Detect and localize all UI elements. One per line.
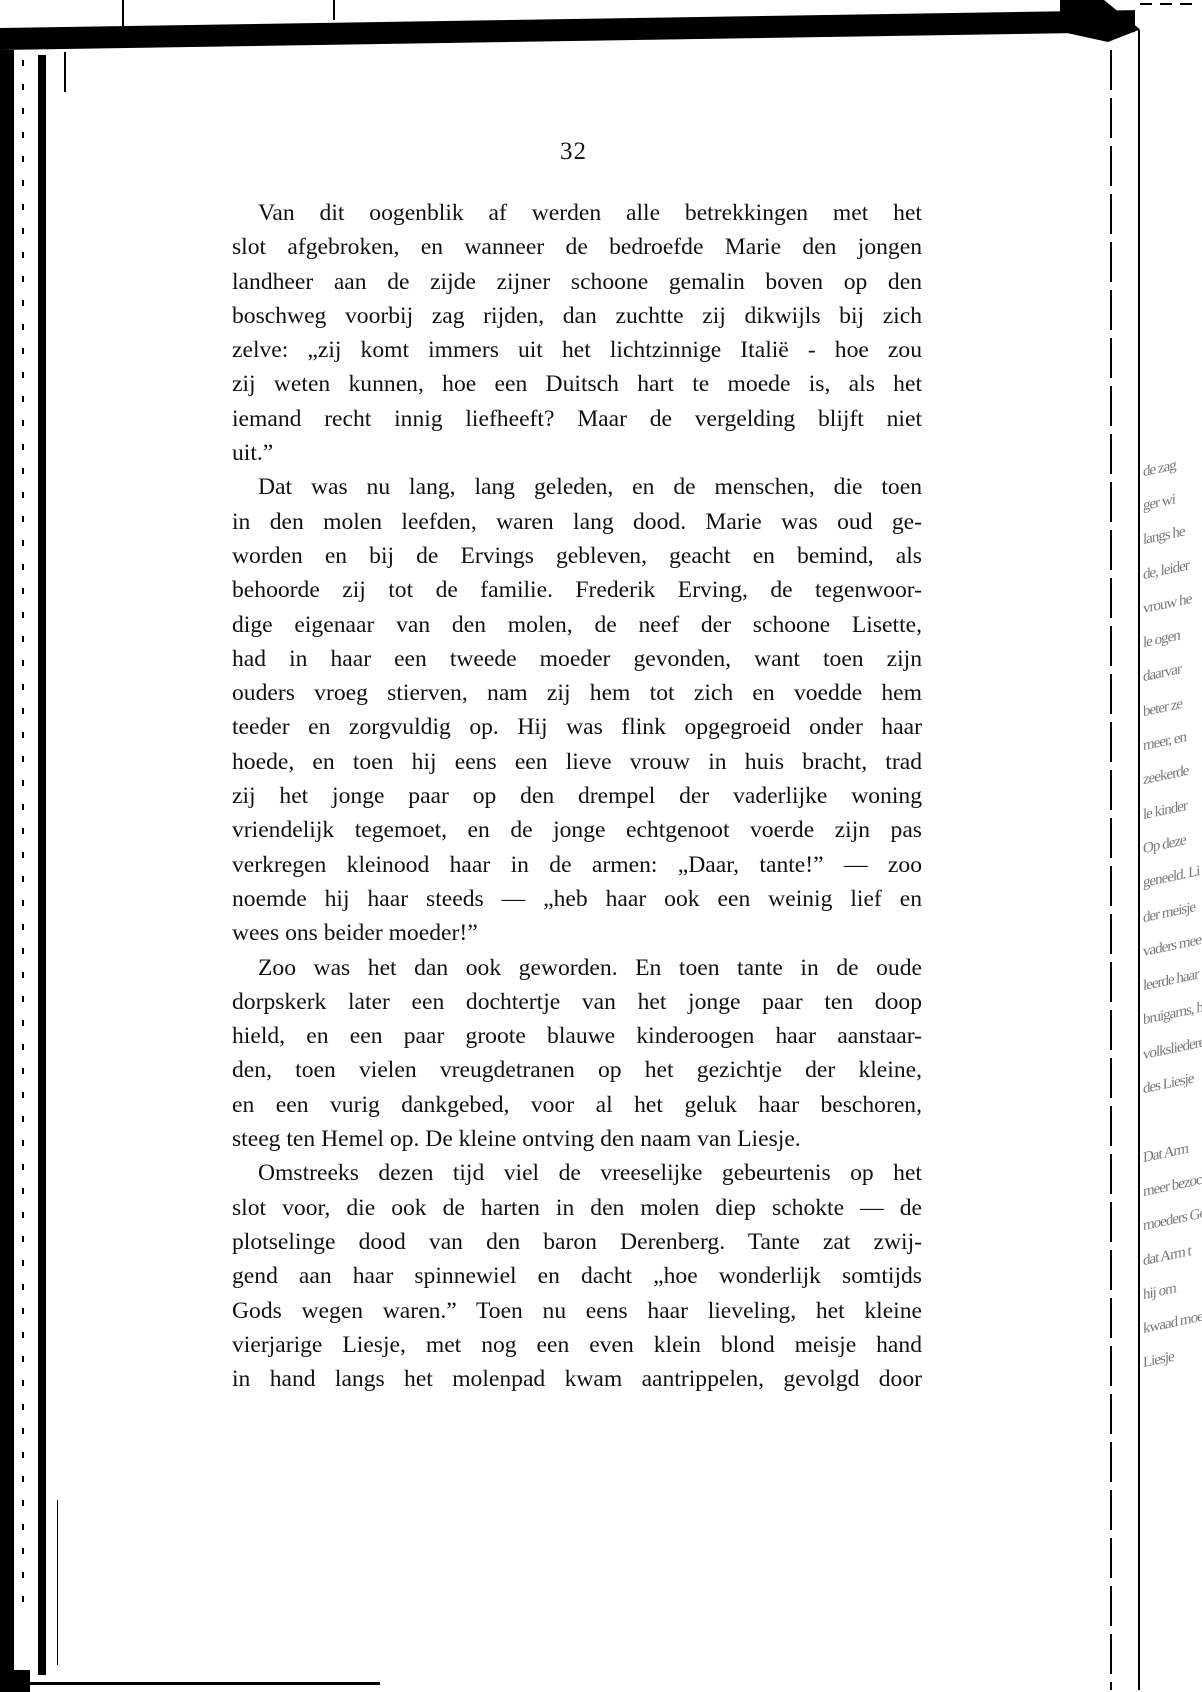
- text-line: had in haar een tweede moeder gevonden, …: [232, 642, 922, 676]
- text-line: plotselinge dood van den baron Derenberg…: [232, 1225, 922, 1259]
- text-line: noemde hij haar steeds — „heb haar ook e…: [232, 882, 922, 916]
- scanned-book-page: 32 Van dit oogenblik af werden alle betr…: [0, 0, 1202, 1692]
- text-line: wees ons beider moeder!”: [232, 916, 922, 950]
- binding-shadow-left: [0, 50, 14, 1690]
- page-curl-shadow: [1060, 0, 1140, 42]
- scan-artifact: [122, 0, 124, 26]
- text-line: ouders vroeg stierven, nam zij hem tot z…: [232, 676, 922, 710]
- text-line: steeg ten Hemel op. De kleine ontving de…: [232, 1122, 922, 1156]
- text-line: slot voor, die ook de harten in den mole…: [232, 1191, 922, 1225]
- text-line: vierjarige Liesje, met nog een even klei…: [232, 1328, 922, 1362]
- text-line: verkregen kleinood haar in de armen: „Da…: [232, 848, 922, 882]
- text-line: Zoo was het dan ook geworden. En toen ta…: [232, 951, 922, 985]
- text-line: teeder en zorgvuldig op. Hij was flink o…: [232, 710, 922, 744]
- text-line: uit.”: [232, 436, 922, 470]
- text-line: in hand langs het molenpad kwam aantripp…: [232, 1362, 922, 1396]
- page-edge-line: [57, 1500, 58, 1665]
- text-line: dorpskerk later een dochtertje van het j…: [232, 985, 922, 1019]
- page-edge-bottom: [30, 1682, 380, 1685]
- scan-artifact: [1140, 3, 1200, 5]
- page-edge-right: [1138, 30, 1140, 1690]
- page-edge-right: [1110, 50, 1112, 1690]
- binding-shadow-corner: [0, 1670, 30, 1692]
- text-line: Gods wegen waren.” Toen nu eens haar lie…: [232, 1294, 922, 1328]
- text-line: zelve: „zij komt immers uit het lichtzin…: [232, 333, 922, 367]
- body-text: Van dit oogenblik af werden alle betrekk…: [232, 196, 922, 1396]
- text-line: den, toen vielen vreugdetranen op het ge…: [232, 1053, 922, 1087]
- scan-artifact: [22, 60, 24, 1620]
- text-line: hoede, en toen hij eens een lieve vrouw …: [232, 745, 922, 779]
- text-line: slot afgebroken, en wanneer de bedroefde…: [232, 230, 922, 264]
- page-number: 32: [560, 138, 587, 166]
- text-line: Omstreeks dezen tijd viel de vreeselijke…: [232, 1156, 922, 1190]
- scan-artifact: [333, 0, 335, 20]
- text-line: landheer aan de zijde zijner schoone gem…: [232, 265, 922, 299]
- text-line: Dat was nu lang, lang geleden, en de men…: [232, 470, 922, 504]
- text-line: in den molen leefden, waren lang dood. M…: [232, 505, 922, 539]
- text-line: vriendelijk tegemoet, en de jonge echtge…: [232, 813, 922, 847]
- text-line: hield, en een paar groote blauwe kindero…: [232, 1019, 922, 1053]
- text-line: iemand recht innig liefheeft? Maar de ve…: [232, 402, 922, 436]
- text-line: gend aan haar spinnewiel en dacht „hoe w…: [232, 1259, 922, 1293]
- binding-shadow-top: [0, 10, 1135, 50]
- text-line: behoorde zij tot de familie. Frederik Er…: [232, 573, 922, 607]
- page-edge-line: [38, 55, 46, 1675]
- text-line: zij weten kunnen, hoe een Duitsch hart t…: [232, 367, 922, 401]
- text-line: Van dit oogenblik af werden alle betrekk…: [232, 196, 922, 230]
- page-edge-line: [64, 52, 66, 92]
- text-line: dige eigenaar van den molen, de neef der…: [232, 608, 922, 642]
- text-line: zij het jonge paar op den drempel der va…: [232, 779, 922, 813]
- text-line: worden en bij de Ervings gebleven, geach…: [232, 539, 922, 573]
- text-line: en een vurig dankgebed, voor al het gelu…: [232, 1088, 922, 1122]
- facing-page-bleed: de zagger wilangs hede, leidervrouw hele…: [1143, 140, 1202, 1460]
- text-line: boschweg voorbij zag rijden, dan zuchtte…: [232, 299, 922, 333]
